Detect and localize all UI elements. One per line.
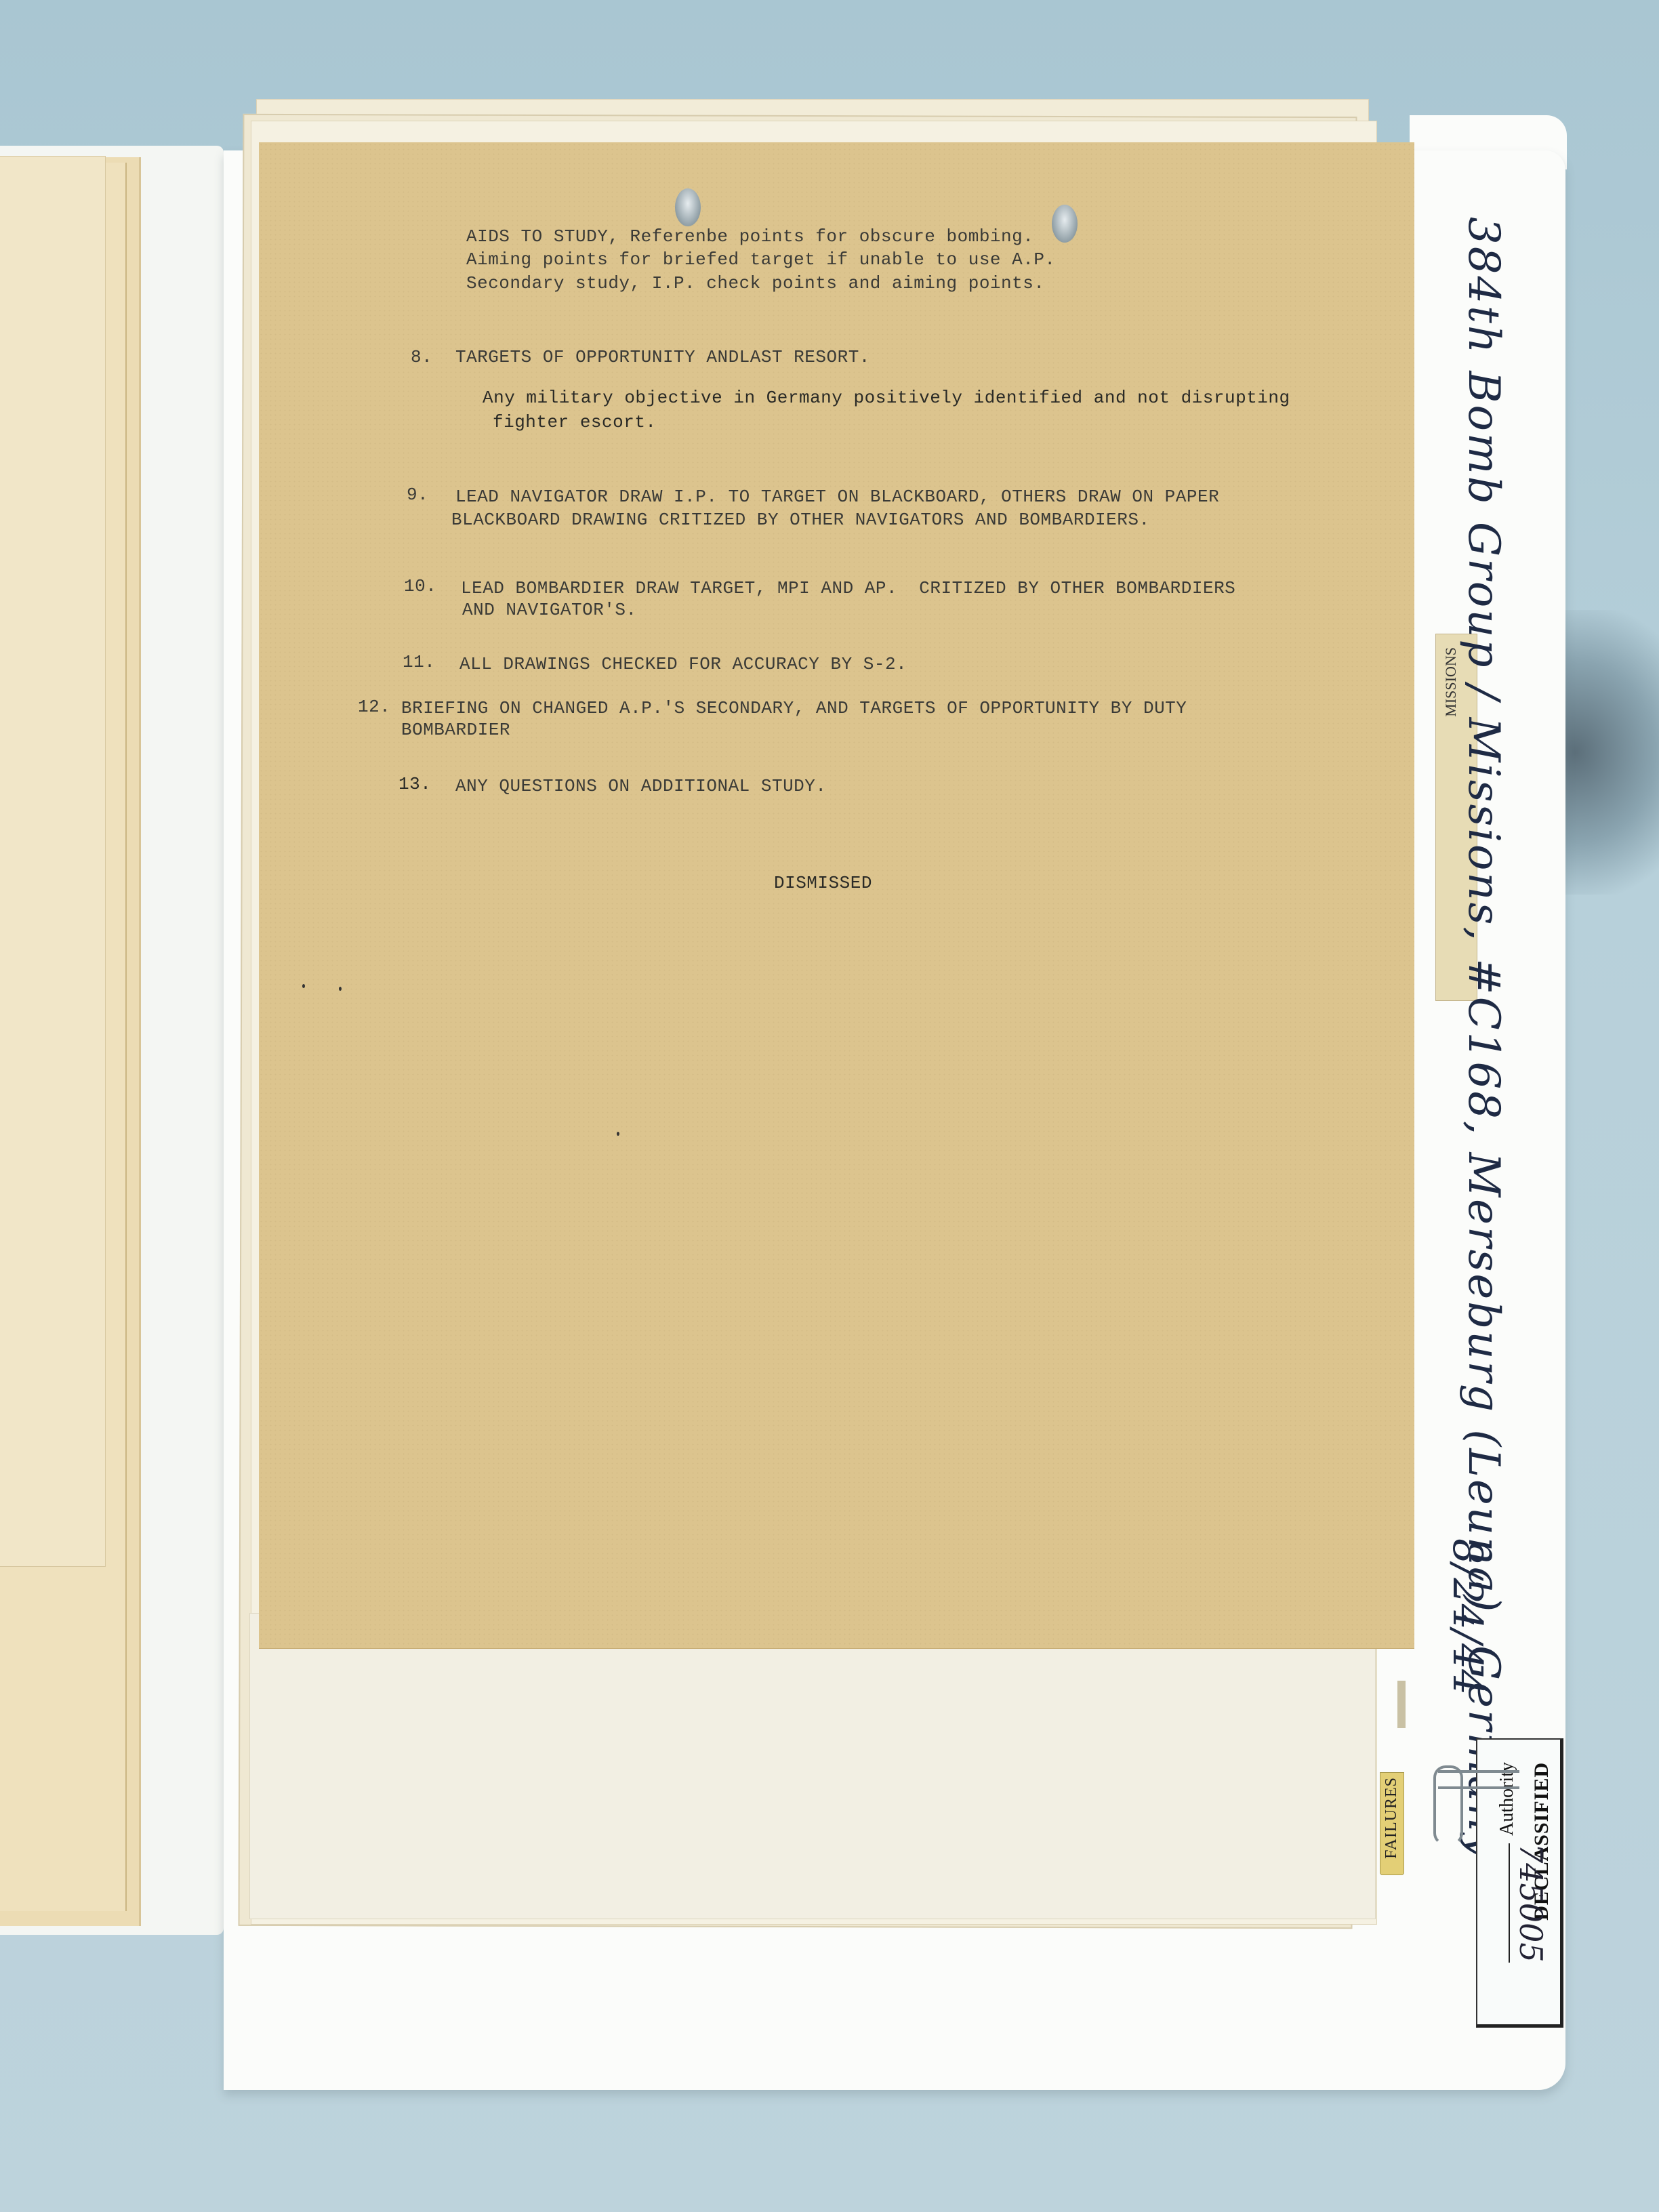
folder-label-tab-text: MISSIONS (1442, 647, 1460, 717)
ink-speck (617, 1132, 619, 1136)
item-13-number: 13. (398, 774, 431, 794)
item-8-detail-2: fighter escort. (493, 412, 657, 432)
paperclip-wire (1438, 1770, 1519, 1789)
divider-tab-edge-lower (1397, 1681, 1406, 1728)
closing-dismissed: DISMISSED (774, 873, 872, 893)
handwritten-folder-title: 384th Bomb Group / Missions, #C168, Mers… (1458, 217, 1509, 1572)
failures-tab-label: FAILURES (1382, 1777, 1401, 1859)
item-8-heading: TARGETS OF OPPORTUNITY ANDLAST RESORT. (455, 347, 870, 367)
item-11-line-1: ALL DRAWINGS CHECKED FOR ACCURACY BY S-2… (459, 654, 907, 674)
intro-line-3: Secondary study, I.P. check points and a… (466, 273, 1044, 293)
item-12-line-2: BOMBARDIER (401, 720, 510, 740)
item-9-line-2: BLACKBOARD DRAWING CRITIZED BY OTHER NAV… (451, 510, 1150, 530)
item-13-line-1: ANY QUESTIONS ON ADDITIONAL STUDY. (455, 776, 827, 796)
item-9-line-1: LEAD NAVIGATOR DRAW I.P. TO TARGET ON BL… (455, 487, 1219, 507)
stamp-authority-value: 745005 (1509, 1843, 1549, 1963)
ink-speck (339, 987, 342, 991)
item-11-number: 11. (403, 652, 435, 672)
left-top-sheet (0, 156, 106, 1567)
item-9-number: 9. (407, 485, 428, 505)
item-8-number: 8. (411, 347, 432, 367)
item-10-line-1: LEAD BOMBARDIER DRAW TARGET, MPI AND AP.… (461, 578, 1235, 598)
underlying-sheet (249, 1613, 1376, 1919)
intro-line-2: Aiming points for briefed target if unab… (466, 249, 1056, 270)
handwritten-date: 8/24/44 (1443, 1538, 1491, 1695)
item-12-number: 12. (358, 697, 390, 717)
punch-hole-left (675, 188, 701, 226)
typed-page: AIDS TO STUDY, Referenbe points for obsc… (259, 142, 1414, 1648)
item-10-line-2: AND NAVIGATOR'S. (462, 600, 637, 620)
punch-hole-right (1052, 205, 1078, 243)
ink-speck (302, 984, 305, 988)
item-10-number: 10. (404, 576, 436, 596)
intro-line-1: AIDS TO STUDY, Referenbe points for obsc… (466, 226, 1033, 247)
item-8-detail-1: Any military objective in Germany positi… (483, 388, 1290, 408)
item-12-line-1: BRIEFING ON CHANGED A.P.'S SECONDARY, AN… (401, 698, 1187, 718)
